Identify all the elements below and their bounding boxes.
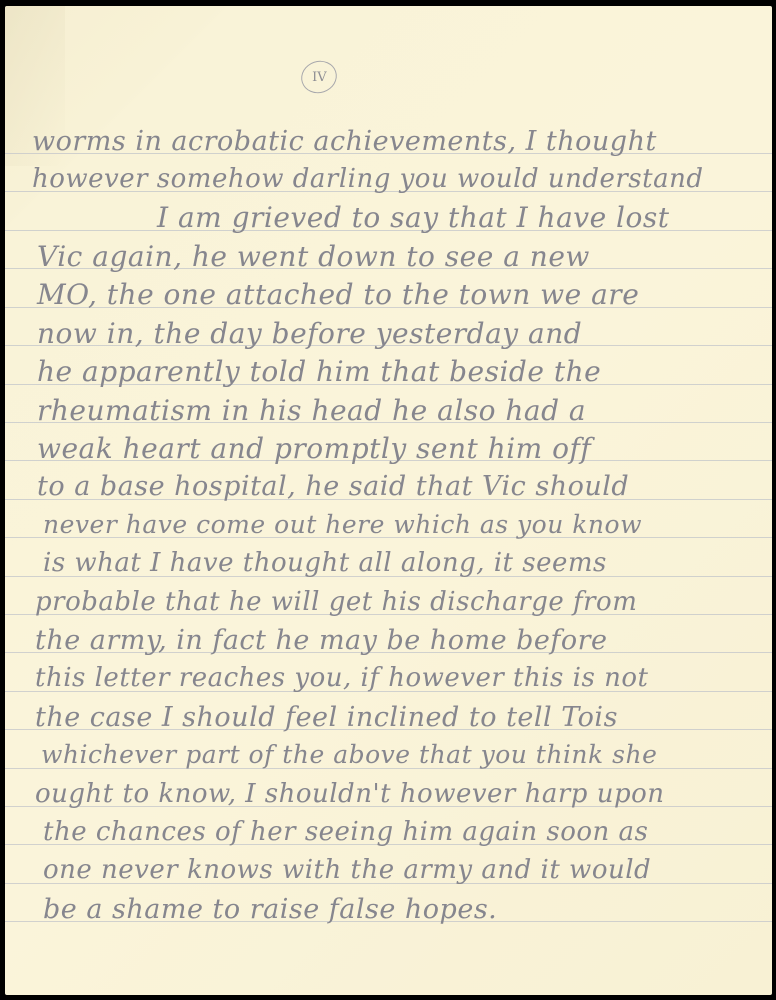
text-line: this letter reaches you, if however this… (35, 665, 648, 691)
text-line: probable that he will get his discharge … (35, 589, 637, 615)
page-number-label: IV (312, 70, 327, 85)
text-line: whichever part of the above that you thi… (41, 742, 657, 767)
text-line: however somehow darling you would unders… (32, 166, 703, 192)
text-line: he apparently told him that beside the (37, 358, 601, 386)
text-line: MO, the one attached to the town we are (37, 281, 639, 309)
page-number: IV (297, 56, 341, 98)
text-line: rheumatism in his head he also had a (37, 397, 586, 425)
text-line: be a shame to raise false hopes. (43, 896, 497, 923)
text-line: worms in acrobatic achievements, I thoug… (32, 128, 657, 155)
text-line: the chances of her seeing him again soon… (43, 819, 648, 845)
text-line: weak heart and promptly sent him off (37, 435, 591, 463)
letter-page: IV worms in acrobatic achievements, I th… (5, 6, 772, 995)
text-line: ought to know, I shouldn't however harp … (35, 781, 664, 807)
text-line: one never knows with the army and it wou… (43, 857, 651, 883)
text-line: to a base hospital, he said that Vic sho… (37, 473, 629, 500)
text-line: now in, the day before yesterday and (37, 320, 582, 348)
text-line: I am grieved to say that I have lost (157, 204, 669, 232)
text-line: Vic again, he went down to see a new (37, 243, 590, 271)
text-line: never have come out here which as you kn… (43, 512, 642, 537)
text-line: the army, in fact he may be home before (35, 627, 608, 654)
text-line: the case I should feel inclined to tell … (35, 704, 618, 731)
text-line: is what I have thought all along, it see… (43, 550, 607, 576)
